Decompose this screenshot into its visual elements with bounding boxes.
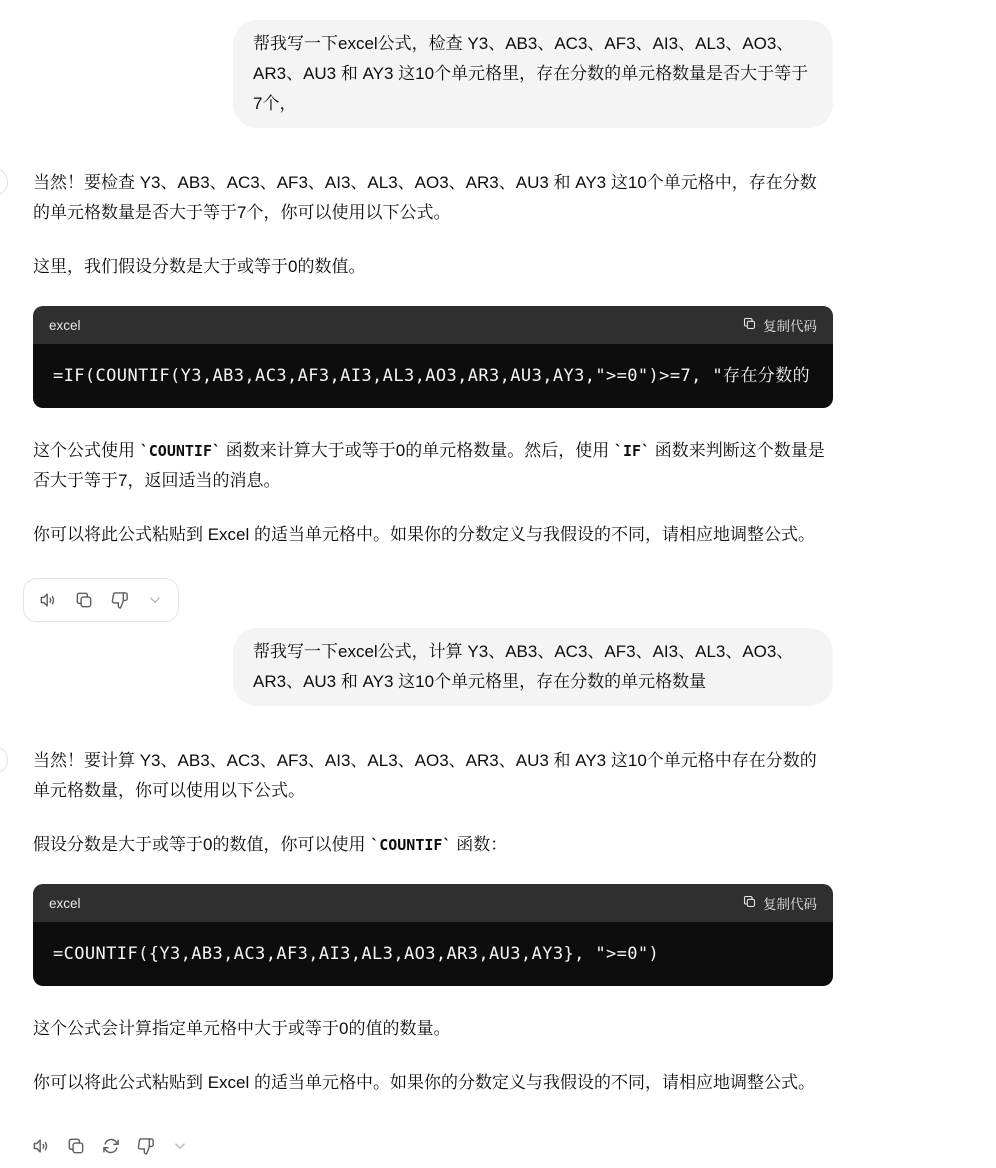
assistant-message: 当然！要计算 Y3、AB3、AC3、AF3、AI3、AL3、AO3、AR3、AU…	[33, 746, 833, 1161]
inline-code: `COUNTIF`	[370, 836, 451, 854]
more-actions-button[interactable]	[146, 591, 164, 609]
copy-code-label: 复制代码	[763, 315, 817, 335]
code-language-label: excel	[49, 896, 81, 911]
assistant-message: 当然！要检查 Y3、AB3、AC3、AF3、AI3、AL3、AO3、AR3、AU…	[33, 168, 833, 622]
user-message-row: 帮我写一下excel公式，检查 Y3、AB3、AC3、AF3、AI3、AL3、A…	[33, 20, 833, 128]
thumbs-down-icon	[110, 590, 130, 610]
message-actions-toolbar	[23, 578, 179, 622]
read-aloud-button[interactable]	[31, 1136, 51, 1156]
chat-thread: 帮我写一下excel公式，检查 Y3、AB3、AC3、AF3、AI3、AL3、A…	[0, 0, 996, 1161]
code-language-label: excel	[49, 318, 81, 333]
bad-response-button[interactable]	[110, 590, 130, 610]
regenerate-icon	[101, 1136, 121, 1156]
user-message-row: 帮我写一下excel公式，计算 Y3、AB3、AC3、AF3、AI3、AL3、A…	[33, 628, 833, 706]
copy-icon	[66, 1136, 86, 1156]
bad-response-button[interactable]	[136, 1136, 156, 1156]
copy-code-button[interactable]: 复制代码	[742, 893, 817, 913]
thumbs-down-icon	[136, 1136, 156, 1156]
chevron-down-icon	[171, 1137, 189, 1155]
copy-icon	[74, 590, 94, 610]
code-block: excel 复制代码 =COUNTIF({Y3,AB3,AC3,AF3,AI3,…	[33, 884, 833, 986]
speaker-icon	[31, 1136, 51, 1156]
copy-response-button[interactable]	[66, 1136, 86, 1156]
inline-code: `IF`	[614, 442, 650, 460]
assistant-paragraph: 这个公式会计算指定单元格中大于或等于0的值的数量。	[33, 1014, 833, 1044]
assistant-paragraph: 你可以将此公式粘贴到 Excel 的适当单元格中。如果你的分数定义与我假设的不同…	[33, 520, 833, 550]
assistant-paragraph: 你可以将此公式粘贴到 Excel 的适当单元格中。如果你的分数定义与我假设的不同…	[33, 1068, 833, 1098]
copy-code-label: 复制代码	[763, 893, 817, 913]
code-content: =IF(COUNTIF(Y3,AB3,AC3,AF3,AI3,AL3,AO3,A…	[33, 344, 833, 408]
assistant-paragraph: 当然！要检查 Y3、AB3、AC3、AF3、AI3、AL3、AO3、AR3、AU…	[33, 168, 833, 228]
user-message-bubble: 帮我写一下excel公式，检查 Y3、AB3、AC3、AF3、AI3、AL3、A…	[233, 20, 833, 128]
user-message-bubble: 帮我写一下excel公式，计算 Y3、AB3、AC3、AF3、AI3、AL3、A…	[233, 628, 833, 706]
assistant-avatar	[0, 168, 8, 196]
assistant-paragraph: 这个公式使用 `COUNTIF` 函数来计算大于或等于0的单元格数量。然后，使用…	[33, 436, 833, 496]
inline-code: `COUNTIF`	[140, 442, 221, 460]
assistant-paragraph: 这里，我们假设分数是大于或等于0的数值。	[33, 252, 833, 282]
chevron-down-icon	[146, 591, 164, 609]
read-aloud-button[interactable]	[38, 590, 58, 610]
more-actions-button[interactable]	[171, 1137, 189, 1155]
assistant-paragraph: 假设分数是大于或等于0的数值，你可以使用 `COUNTIF` 函数：	[33, 830, 833, 860]
copy-icon	[742, 894, 757, 912]
code-block-header: excel 复制代码	[33, 884, 833, 922]
regenerate-button[interactable]	[101, 1136, 121, 1156]
speaker-icon	[38, 590, 58, 610]
assistant-paragraph: 当然！要计算 Y3、AB3、AC3、AF3、AI3、AL3、AO3、AR3、AU…	[33, 746, 833, 806]
code-block: excel 复制代码 =IF(COUNTIF(Y3,AB3,AC3,AF3,AI…	[33, 306, 833, 408]
code-block-header: excel 复制代码	[33, 306, 833, 344]
assistant-avatar	[0, 746, 8, 774]
message-actions-toolbar	[31, 1136, 189, 1156]
copy-icon	[742, 316, 757, 334]
code-content: =COUNTIF({Y3,AB3,AC3,AF3,AI3,AL3,AO3,AR3…	[33, 922, 833, 986]
copy-response-button[interactable]	[74, 590, 94, 610]
copy-code-button[interactable]: 复制代码	[742, 315, 817, 335]
